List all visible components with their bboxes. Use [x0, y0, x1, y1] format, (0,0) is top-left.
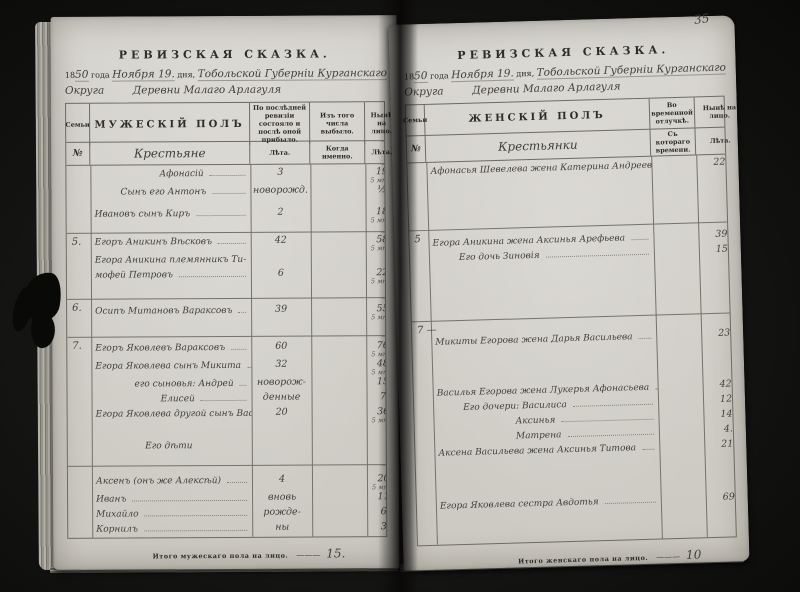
person-name: Егоръ Аникинъ Вѣсковъ [95, 235, 212, 251]
family-cell [417, 500, 436, 516]
col-family: Семьи [66, 104, 90, 146]
province-handwritten: Тобольской Губерніи Курганскаго [537, 62, 727, 80]
name-cell: Сынъ его Антонъ [90, 185, 250, 201]
family-cell [68, 440, 92, 455]
dotted-leader [210, 175, 246, 176]
dotted-leader [212, 193, 245, 194]
prev-value: 3 [277, 167, 283, 178]
present-value: 14. [720, 408, 735, 419]
person-name: Елисей [96, 392, 195, 408]
present-cell: 14. [703, 408, 736, 424]
name-cell: Аксенъ (онъ же Алексѣй) [92, 474, 252, 493]
departed-cell [312, 491, 367, 506]
family-cell [68, 493, 92, 508]
table-body-male: Афонасій3195 мѣс.Сынъ его Антонъноворожд… [66, 164, 386, 538]
census-table-female: Семьи ЖЕНСКІЙ ПОЛЪ Во временной отлучкѣ.… [405, 96, 737, 547]
name-cell: Егоръ Аникинъ Вѣсковъ [91, 235, 251, 254]
present-value: 23. [718, 327, 733, 338]
dotted-leader [546, 254, 649, 258]
col-departed: Изъ того числа выбыло. [310, 102, 365, 144]
prev-cell: новорожд. [250, 185, 310, 200]
dotted-leader [639, 338, 652, 339]
family-cell [68, 523, 92, 538]
dotted-leader [573, 404, 653, 407]
date-handwritten: Ноября 19. [112, 68, 175, 81]
prev-value: 6 [278, 268, 284, 279]
form-year-prefix: 18 [65, 71, 75, 80]
family-cell [67, 360, 91, 378]
prev-value: рожде- [263, 507, 301, 518]
departed-cell [311, 303, 366, 321]
right-page: РЕВИЗСКАЯ СКАЗКА. 1850 года Ноября 19. д… [388, 15, 749, 570]
person-name: мофей Петровъ [95, 268, 173, 283]
family-group: 7.Егоръ Яковлевъ Вараксовъ60765 мѣс.Егор… [67, 335, 386, 466]
family-cell [67, 254, 91, 269]
name-cell: Ивановъ сынъ Киръ [91, 207, 251, 226]
dotted-leader [561, 419, 653, 423]
total-label: Итого мужескаго пола на лицо. [153, 552, 289, 561]
name-cell: Егора Яковлева другой сынъ Василій [92, 407, 252, 426]
present-cell: 69. [706, 491, 736, 507]
departed-cell [311, 206, 366, 224]
prev-cell: 39 [251, 304, 311, 322]
family-group: 6.Осипъ Митановъ Вараксовъ39555 мѣс. [67, 297, 385, 337]
dotted-leader [227, 482, 247, 483]
province-handwritten: Тобольской Губерніи Курганскаго [198, 67, 387, 81]
prev-cell: 32 [251, 359, 311, 377]
prev-cell: вновь [252, 492, 312, 507]
table-header: Семьи МУЖЕСКІЙ ПОЛЪ По послѣдней ревизіи… [66, 102, 384, 143]
date-place-line: 1850 года Ноября 19. дня, Тобольской Губ… [65, 67, 385, 81]
col-prev-revision: По послѣдней ревизіи состояло и послѣ он… [250, 103, 310, 145]
name-cell: Елисей [92, 392, 252, 408]
name-cell: его сыновья: Андрей [91, 377, 251, 393]
name-cell: мофей Петровъ [91, 268, 251, 287]
prev-cell: ны [252, 522, 312, 537]
departed-cell [312, 406, 367, 424]
prev-cell: 42 [251, 235, 311, 253]
prev-cell [251, 253, 311, 268]
table-row: Елисейденные7 [68, 391, 386, 408]
dotted-leader [240, 385, 247, 386]
table-row: его сыновья: Андрейноворож-15 [67, 376, 385, 393]
present-cell: 21. [704, 438, 736, 454]
col-sex: ЖЕНСКІЙ ПОЛЪ [425, 99, 651, 135]
table-row: Егоръ Яковлевъ Вараксовъ60765 мѣс. [67, 340, 385, 360]
row-spacer [67, 285, 385, 297]
dotted-leader [201, 400, 247, 401]
family-group: Афонасій3195 мѣс.Сынъ его Антонъноворожд… [66, 164, 384, 233]
table-row: мофей Петровъ6225 мѣс. [67, 267, 385, 287]
dotted-leader [605, 502, 656, 504]
person-name: Афонасій [94, 167, 203, 183]
prev-value: 42 [275, 235, 287, 246]
dotted-leader [145, 515, 248, 517]
year-word: года [91, 71, 110, 80]
person-name: Иванъ [96, 493, 126, 508]
total-label: Итого женскаго пола на лицо. [518, 554, 648, 566]
person-name: Корнилъ [96, 522, 138, 537]
person-name: Сынъ его Антонъ [94, 185, 206, 201]
away-cell [657, 379, 702, 395]
prev-cell: денные [252, 392, 312, 407]
year-handwritten: 50 [75, 69, 88, 82]
col-sex: МУЖЕСКІЙ ПОЛЪ [90, 103, 250, 146]
subcol-number: № [66, 143, 90, 165]
total-value: 10 [686, 547, 702, 561]
table-row: Корнилъны3 [68, 521, 386, 538]
person-name: Его дѣти [145, 439, 192, 454]
name-cell: Егоръ Яковлевъ Вараксовъ [91, 341, 251, 360]
prev-value: новорож- [257, 377, 306, 388]
departed-cell [312, 506, 367, 521]
present-value: 4. [724, 423, 733, 434]
family-group: Афонасья Шевелева жена Катерина Андреева… [407, 155, 727, 231]
subcol-since: Съ котораго времени. [650, 128, 696, 155]
departed-cell [311, 252, 366, 267]
prev-cell: 6 [251, 268, 311, 286]
page-title: РЕВИЗСКАЯ СКАЗКА. [65, 47, 385, 62]
prev-value: новорожд. [253, 185, 308, 196]
away-cell [654, 244, 699, 260]
prev-cell: 2 [251, 207, 311, 225]
present-cell: 39. [698, 228, 736, 244]
departed-cell [312, 438, 367, 453]
away-cell [651, 157, 696, 173]
dotted-leader [642, 449, 654, 450]
prev-value: 60 [275, 341, 287, 352]
date-handwritten: Ноября 19. [451, 67, 514, 82]
departed-cell [311, 340, 366, 358]
prev-value: 2 [278, 207, 284, 218]
present-cell: 22. [696, 156, 736, 172]
table-row: Афонасій3195 мѣс. [66, 166, 384, 186]
family-cell [67, 208, 91, 226]
family-cell [66, 186, 90, 201]
present-cell: 23. [701, 327, 736, 343]
page-title: РЕВИЗСКАЯ СКАЗКА. [403, 42, 723, 64]
subcol-class: Крестьяне [90, 142, 250, 165]
family-cell [68, 475, 92, 493]
total-rule: ——— [656, 552, 680, 562]
present-value: 12. [720, 393, 735, 404]
family-cell [67, 342, 91, 360]
book-scan: РЕВИЗСКАЯ СКАЗКА. 1850 года Ноября 19. д… [0, 0, 800, 592]
family-cell [68, 393, 92, 408]
table-row: Иванъвновь11 [68, 491, 386, 508]
place-line: Округа Деревни Малаго Арлагуля [65, 83, 385, 97]
row-spacer [67, 321, 385, 335]
person-name: Аксенъ (онъ же Алексѣй) [96, 474, 221, 490]
prev-cell: новорож- [251, 377, 311, 392]
departed-cell [312, 391, 367, 406]
year-word: года [430, 71, 449, 81]
person-name: Егора Аникина племянникъ Ти- [95, 253, 246, 269]
present-cell: 4. [704, 423, 736, 439]
prev-value: 4 [279, 474, 285, 485]
family-cell [67, 269, 91, 287]
family-cell [67, 378, 91, 393]
prev-cell: 3 [250, 167, 310, 185]
district-word-handwritten: Округа [65, 85, 104, 97]
away-cell [656, 328, 701, 344]
prev-value: денные [263, 392, 301, 403]
dotted-leader [218, 243, 246, 244]
subcol-years-prev: Лѣта. [250, 142, 310, 164]
person-name: Ивановъ сынъ Киръ [95, 207, 191, 223]
departed-cell [310, 184, 365, 199]
present-value: 39. [715, 228, 730, 239]
total-rule: ——— [296, 551, 320, 560]
away-cell [659, 439, 704, 455]
family-group: 5.Егоръ Аникинъ Вѣсковъ42585 мѣс.Егора А… [67, 231, 385, 299]
dotted-leader [144, 530, 247, 532]
table-row: Аксенъ (онъ же Алексѣй)4205 мѣс. [68, 473, 386, 493]
family-cell [68, 508, 92, 523]
name-cell: Корнилъ [92, 522, 252, 538]
present-cell: 12. [703, 393, 736, 409]
col-away: Во временной отлучкѣ. [650, 97, 696, 128]
prev-value: 20 [276, 407, 288, 418]
person-name: Егора Яковлева сынъ Микита [95, 359, 241, 375]
prev-cell: рожде- [252, 507, 312, 522]
subcol-years-now: Лѣта. [695, 127, 745, 154]
name-cell: Егора Аникина племянникъ Ти- [91, 253, 251, 269]
name-cell: Михайло [92, 507, 252, 523]
dotted-leader [179, 276, 246, 277]
table-row: Его дѣти [68, 438, 386, 455]
subcol-when: Когда именно. [310, 141, 365, 163]
table-body-female: Афонасья Шевелева жена Катерина Андреева… [407, 155, 736, 546]
prev-cell: 20 [252, 407, 312, 425]
name-cell: Иванъ [92, 492, 252, 508]
person-name: Егоръ Яковлевъ Вараксовъ [95, 341, 225, 357]
total-value: 15. [326, 546, 345, 560]
table-row: Михайлорожде-6 [68, 506, 386, 523]
person-name: Михайло [96, 507, 138, 522]
col-present: Нынѣ на лицо. [695, 96, 745, 127]
table-row: Егора Яковлева другой сынъ Василій20365 … [68, 406, 386, 426]
census-table-male: Семьи МУЖЕСКІЙ ПОЛЪ По послѣдней ревизіи… [65, 101, 387, 539]
left-page: РЕВИЗСКАЯ СКАЗКА. 1850 года Ноября 19. д… [51, 15, 400, 570]
prev-cell [252, 439, 312, 454]
person-name: Его дочь Зиновія [433, 249, 540, 267]
table-subheader: № Крестьяне Лѣта. Когда именно. Лѣта. [66, 141, 384, 166]
district-handwritten: Деревни Малаго Арлагуля [472, 80, 621, 96]
prev-value: вновь [268, 492, 296, 503]
person-name: Осипъ Митановъ Вараксовъ [95, 304, 232, 320]
dotted-leader [132, 500, 247, 502]
dotted-leader [239, 312, 247, 313]
away-cell [659, 424, 704, 440]
folio-number: 35 [693, 11, 710, 27]
family-cell [415, 447, 434, 463]
present-value: 15. [716, 243, 731, 254]
departed-cell [312, 473, 367, 491]
departed-cell [311, 376, 366, 391]
person-name: Егора Яковлева сестра Авдотья [440, 495, 599, 514]
family-group: Аксенъ (онъ же Алексѣй)4205 мѣс.Иванъвно… [68, 464, 386, 538]
prev-cell: 4 [252, 474, 312, 492]
dotted-leader [631, 239, 648, 240]
present-cell: 42. [702, 378, 735, 394]
departed-cell [310, 166, 365, 184]
table-row: Ивановъ сынъ Киръ2185 мѣс. [67, 206, 385, 226]
present-value: 69. [723, 491, 736, 502]
family-number: 7 — [417, 325, 437, 337]
table-row: Егора Аникина племянникъ Ти- [67, 252, 385, 269]
prev-cell: 60 [251, 341, 311, 359]
name-cell: Афонасій [90, 167, 250, 186]
away-cell [661, 492, 706, 508]
away-cell [658, 409, 703, 425]
table-row: Егора Яковлева сынъ Микита32485 мѣс. [67, 358, 385, 378]
total-line-male: Итого мужескаго пола на лицо. ——— 15. [67, 546, 387, 562]
table-row: Осипъ Митановъ Вараксовъ39555 мѣс. [67, 303, 385, 323]
present-cell: 15. [699, 243, 736, 259]
row-spacer [68, 453, 386, 464]
district-handwritten: Деревни Малаго Арлагуля [133, 84, 281, 97]
present-value: 42. [719, 378, 734, 389]
present-value: 21. [721, 438, 736, 449]
table-row: Сынъ его Антонъноворожд.½ [66, 184, 384, 201]
away-cell [653, 229, 698, 245]
prev-value: 39 [275, 304, 287, 315]
family-cell [66, 168, 90, 186]
prev-value: 32 [275, 359, 287, 370]
dotted-leader [231, 349, 246, 350]
family-cell [68, 408, 92, 426]
table-row: Егоръ Аникинъ Вѣсковъ42585 мѣс. [67, 234, 385, 254]
family-cell [67, 236, 91, 254]
family-group: 7 —Микиты Егорова жена Дарья Васильева23… [412, 313, 735, 518]
day-word: дня, [177, 70, 195, 79]
departed-cell [311, 234, 366, 252]
departed-cell [311, 267, 366, 285]
dotted-leader [196, 215, 245, 216]
prev-value: ны [275, 522, 289, 533]
dotted-leader [567, 434, 653, 437]
departed-cell [311, 358, 366, 376]
person-name: Егора Яковлева другой сынъ Василій [96, 407, 252, 423]
row-spacer [408, 172, 727, 229]
departed-cell [312, 521, 367, 536]
name-cell: Осипъ Митановъ Вараксовъ [91, 304, 251, 323]
family-group: 5Егора Аникина жена Аксинья Арефьева39.Е… [409, 222, 729, 322]
name-cell: Егора Яковлева сынъ Микита [91, 359, 251, 378]
day-word: дня, [516, 69, 534, 78]
away-cell [658, 394, 703, 410]
row-spacer [410, 259, 729, 320]
present-value: 22. [713, 156, 728, 167]
name-cell: Его дѣти [92, 439, 252, 455]
book-spine-shadow [378, 0, 418, 592]
person-name: его сыновья: Андрей [95, 377, 233, 393]
family-cell [67, 305, 91, 323]
